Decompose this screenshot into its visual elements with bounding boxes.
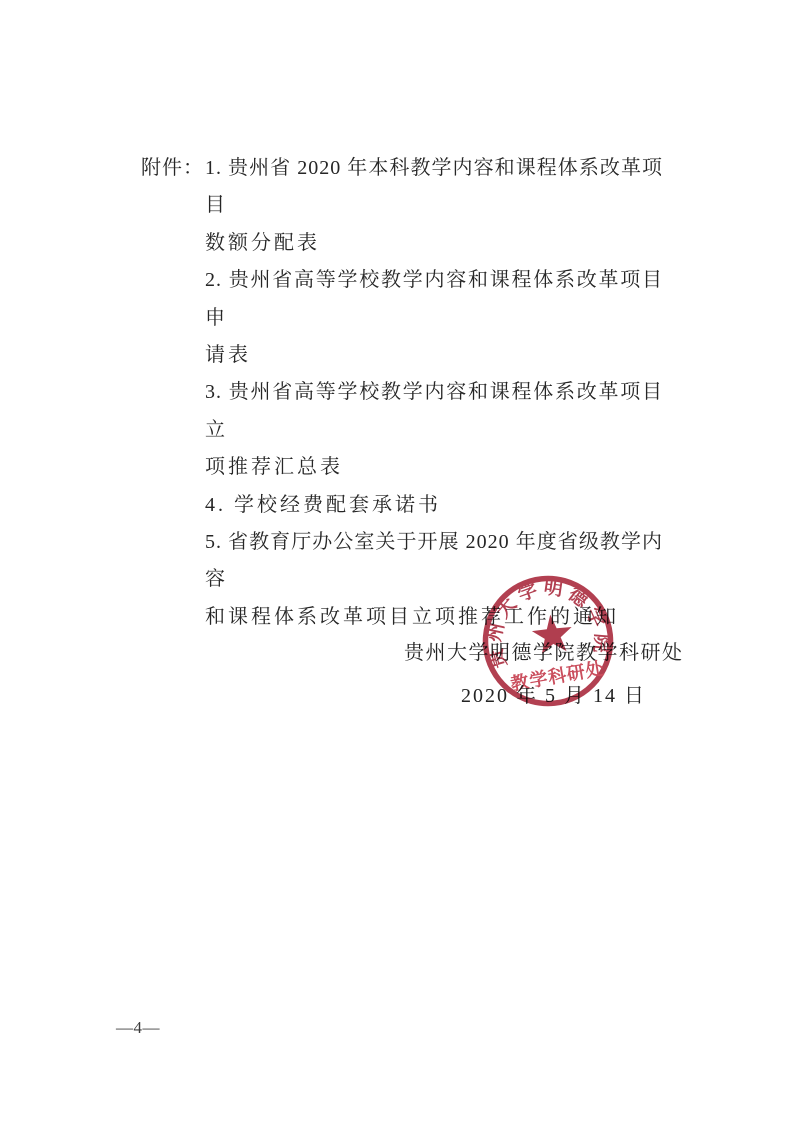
attachment-section: 附件： 1. 贵州省 2020 年本科教学内容和课程体系改革项目 数额分配表 2… — [141, 150, 665, 636]
attachment-item-1-line-1: 1. 贵州省 2020 年本科教学内容和课程体系改革项目 — [205, 150, 663, 225]
attachment-item-2-line-1: 2. 贵州省高等学校教学内容和课程体系改革项目申 — [205, 262, 663, 337]
attachment-item-5-line-2: 和课程体系改革项目立项推荐工作的通知 — [205, 599, 663, 636]
attachment-item-4-line-1: 4. 学校经费配套承诺书 — [205, 487, 663, 524]
attachment-label: 附件： — [141, 150, 204, 187]
document-page: 附件： 1. 贵州省 2020 年本科教学内容和课程体系改革项目 数额分配表 2… — [0, 0, 793, 1122]
signature-organization: 贵州大学明德学院教学科研处 — [404, 641, 684, 665]
page-number: —4— — [116, 1018, 160, 1038]
attachment-item-3-line-2: 项推荐汇总表 — [205, 449, 663, 486]
attachment-item-3-line-1: 3. 贵州省高等学校教学内容和课程体系改革项目立 — [205, 374, 663, 449]
signature-date: 2020 年 5 月 14 日 — [461, 684, 646, 708]
attachment-item-2-line-2: 请表 — [205, 337, 663, 374]
attachment-item-1-line-2: 数额分配表 — [205, 225, 663, 262]
attachment-items: 1. 贵州省 2020 年本科教学内容和课程体系改革项目 数额分配表 2. 贵州… — [205, 150, 663, 636]
attachment-item-5-line-1: 5. 省教育厅办公室关于开展 2020 年度省级教学内容 — [205, 524, 663, 599]
